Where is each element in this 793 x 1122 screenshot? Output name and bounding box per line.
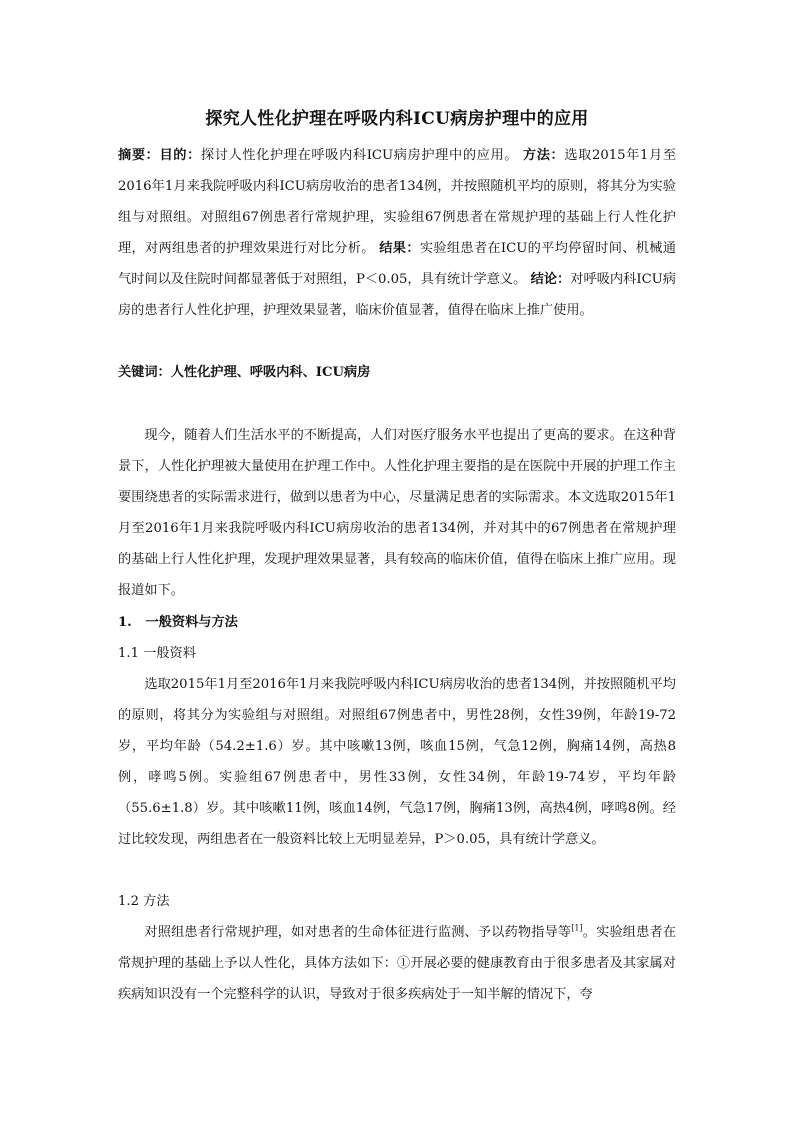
- methods-paragraph: 对照组患者行常规护理，如对患者的生命体征进行监测、予以药物指导等[1]。实验组患…: [118, 917, 676, 1010]
- methods-label: 方法：: [523, 148, 564, 163]
- objective-label: 目的：: [159, 148, 200, 163]
- subsection-heading-1-2: 1.2 方法: [118, 886, 170, 917]
- intro-paragraph: 现今，随着人们生活水平的不断提高，人们对医疗服务水平也提出了更高的要求。在这种背…: [118, 420, 676, 606]
- general-data-paragraph: 选取2015年1月至2016年1月来我院呼吸内科ICU病房收治的患者134例，并…: [118, 669, 676, 855]
- keywords-value: 人性化护理、呼吸内科、ICU病房: [171, 365, 371, 380]
- methods-text-before-ref: 对照组患者行常规护理，如对患者的生命体征进行监测、予以药物指导等: [144, 925, 571, 940]
- objective-text: 探讨人性化护理在呼吸内科ICU病房护理中的应用。: [201, 148, 523, 163]
- conclusion-label: 结论：: [531, 272, 571, 287]
- keywords: 关键词：人性化护理、呼吸内科、ICU病房: [118, 357, 370, 388]
- citation-ref: [1]: [571, 924, 582, 933]
- abstract-label: 摘要：: [118, 148, 159, 163]
- section-heading-1: 1. 一般资料与方法: [118, 607, 238, 638]
- results-label: 结果：: [379, 241, 420, 256]
- paper-title: 探究人性化护理在呼吸内科ICU病房护理中的应用: [118, 104, 676, 129]
- subsection-heading-1-1: 1.1 一般资料: [118, 638, 196, 669]
- keywords-label: 关键词：: [118, 365, 171, 380]
- abstract: 摘要：目的：探讨人性化护理在呼吸内科ICU病房护理中的应用。 方法：选取2015…: [118, 140, 676, 326]
- methods-text: 选取2015年1月至2016年1月来我院呼吸内科ICU病房收治的患者134例，并…: [118, 148, 676, 256]
